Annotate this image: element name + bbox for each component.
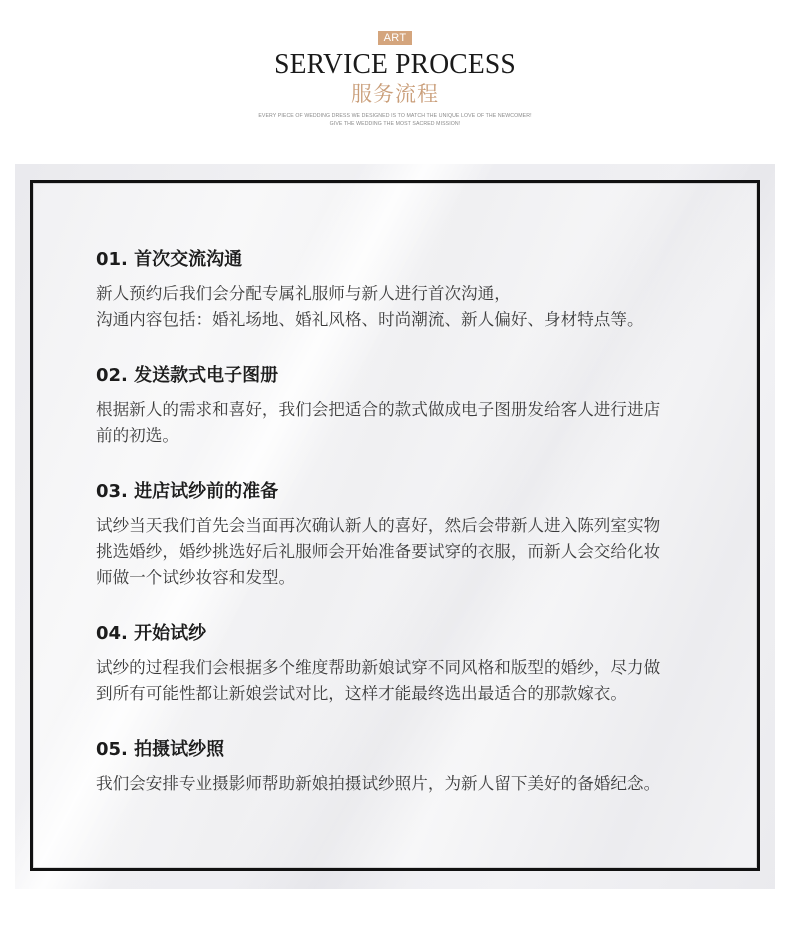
step-3-section: 03. 进店试纱前的准备 试纱当天我们首先会当面再次确认新人的喜好，然后会带新人… xyxy=(96,480,716,591)
step-3-line-3: 师做一个试纱妆容和发型。 xyxy=(96,565,716,591)
step-4-line-2: 到所有可能性都让新娘尝试对比，这样才能最终选出最适合的那款嫁衣。 xyxy=(96,681,716,707)
step-3-line-1: 试纱当天我们首先会当面再次确认新人的喜好，然后会带新人进入陈列室实物 xyxy=(96,513,716,539)
page-title-chinese: 服务流程 xyxy=(0,81,790,107)
step-2-title: 02. 发送款式电子图册 xyxy=(96,364,716,388)
page-title-english: SERVICE PROCESS xyxy=(20,47,771,81)
page-header: ART SERVICE PROCESS 服务流程 EVERY PIECE OF … xyxy=(0,0,790,150)
step-1-section: 01. 首次交流沟通 新人预约后我们会分配专属礼服师与新人进行首次沟通， 沟通内… xyxy=(96,248,716,333)
step-5-title: 05. 拍摄试纱照 xyxy=(96,738,716,762)
step-2-line-1: 根据新人的需求和喜好，我们会把适合的款式做成电子图册发给客人进行进店 xyxy=(96,397,716,423)
step-1-line-2: 沟通内容包括：婚礼场地、婚礼风格、时尚潮流、新人偏好、身材特点等。 xyxy=(96,307,716,333)
tagline-line-1: EVERY PIECE OF WEDDING DRESS WE DESIGNED… xyxy=(0,113,790,120)
step-3-description: 试纱当天我们首先会当面再次确认新人的喜好，然后会带新人进入陈列室实物 挑选婚纱，… xyxy=(96,513,716,591)
step-3-title: 03. 进店试纱前的准备 xyxy=(96,480,716,504)
step-4-section: 04. 开始试纱 试纱的过程我们会根据多个维度帮助新娘试穿不同风格和版型的婚纱，… xyxy=(96,622,716,707)
step-4-title: 04. 开始试纱 xyxy=(96,622,716,646)
step-5-section: 05. 拍摄试纱照 我们会安排专业摄影师帮助新娘拍摄试纱照片，为新人留下美好的备… xyxy=(96,738,716,797)
step-2-section: 02. 发送款式电子图册 根据新人的需求和喜好，我们会把适合的款式做成电子图册发… xyxy=(96,364,716,449)
step-5-line-1: 我们会安排专业摄影师帮助新娘拍摄试纱照片，为新人留下美好的备婚纪念。 xyxy=(96,771,716,797)
step-5-description: 我们会安排专业摄影师帮助新娘拍摄试纱照片，为新人留下美好的备婚纪念。 xyxy=(96,771,716,797)
step-3-line-2: 挑选婚纱，婚纱挑选好后礼服师会开始准备要试穿的衣服，而新人会交给化妆 xyxy=(96,539,716,565)
tagline-line-2: GIVE THE WEDDING THE MOST SACRED MISSION… xyxy=(0,121,790,128)
step-4-description: 试纱的过程我们会根据多个维度帮助新娘试穿不同风格和版型的婚纱，尽力做 到所有可能… xyxy=(96,655,716,707)
step-1-description: 新人预约后我们会分配专属礼服师与新人进行首次沟通， 沟通内容包括：婚礼场地、婚礼… xyxy=(96,281,716,333)
step-2-line-2: 前的初选。 xyxy=(96,423,716,449)
step-2-description: 根据新人的需求和喜好，我们会把适合的款式做成电子图册发给客人进行进店 前的初选。 xyxy=(96,397,716,449)
step-4-line-1: 试纱的过程我们会根据多个维度帮助新娘试穿不同风格和版型的婚纱，尽力做 xyxy=(96,655,716,681)
art-badge: ART xyxy=(378,31,412,45)
step-1-line-1: 新人预约后我们会分配专属礼服师与新人进行首次沟通， xyxy=(96,281,716,307)
step-1-title: 01. 首次交流沟通 xyxy=(96,248,716,272)
